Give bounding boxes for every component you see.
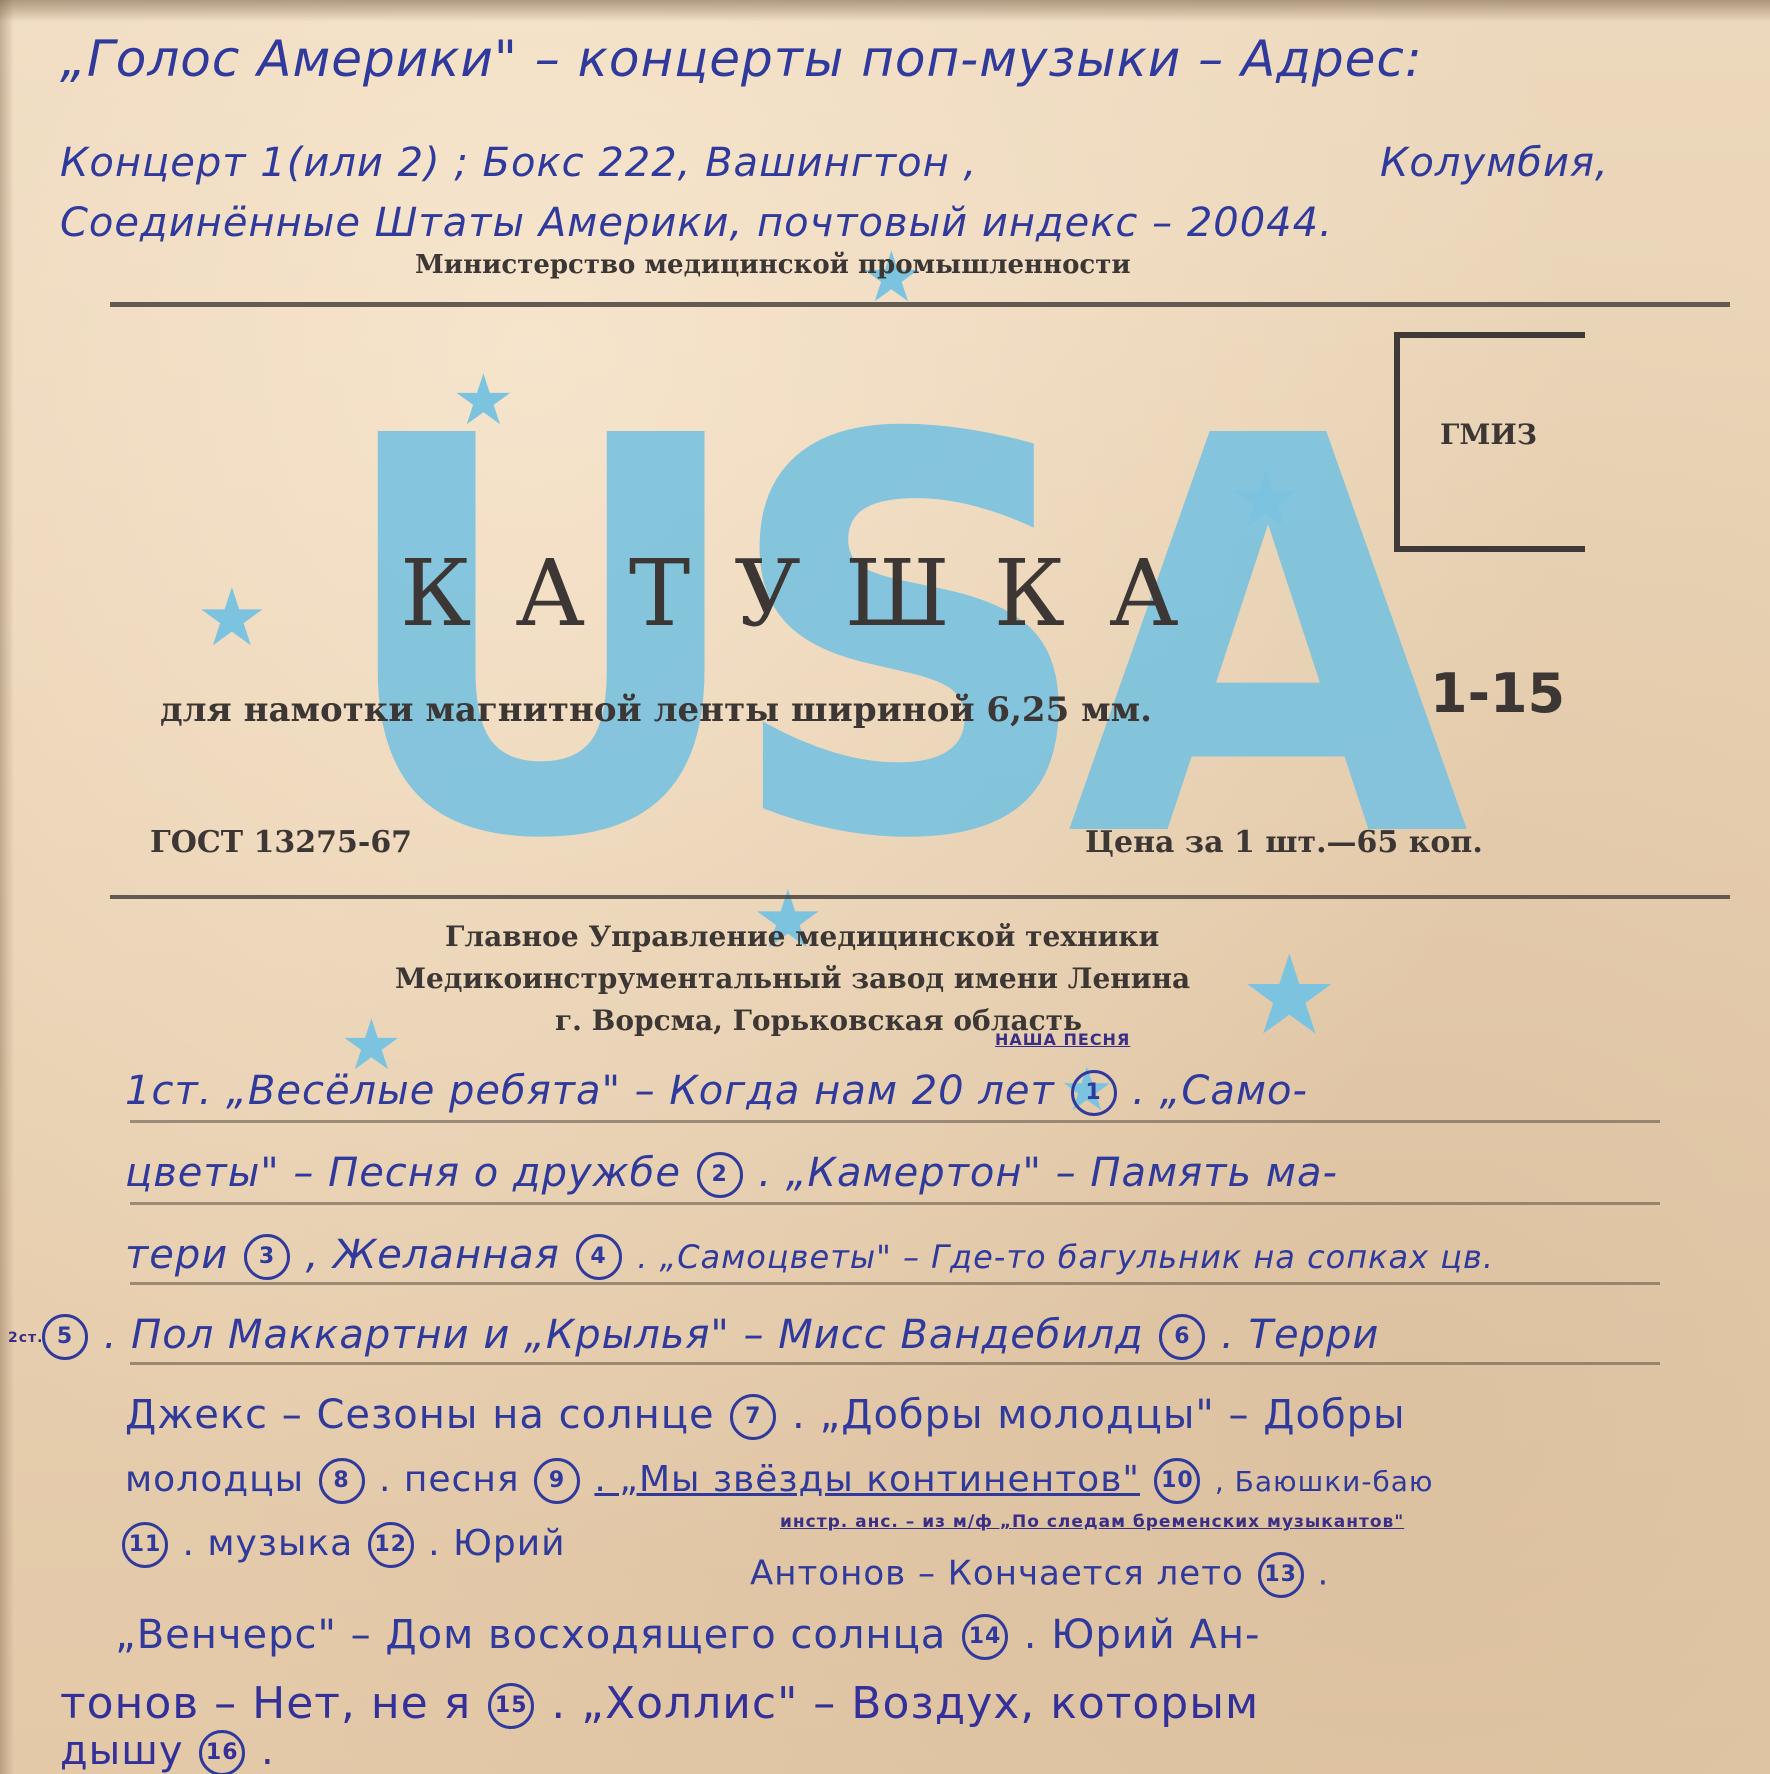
track-number-badge: 7 bbox=[730, 1394, 776, 1440]
track-text: тонов – Нет, не я bbox=[60, 1678, 471, 1729]
gost-code: ГОСТ 13275-67 bbox=[150, 825, 412, 860]
track-number-badge: 16 bbox=[199, 1730, 245, 1774]
track-text: Джекс – Сезоны на солнце bbox=[125, 1392, 715, 1438]
paper-edge-shadow bbox=[0, 0, 14, 1774]
tape-reel-box-label: USA ★ ★ ★ ★ ★ ★ ★ ★ „Голос Америки" – ко… bbox=[0, 0, 1770, 1774]
track-text: . Терри bbox=[1221, 1312, 1379, 1358]
tape-line bbox=[130, 1282, 1660, 1285]
track-line-5: Джекс – Сезоны на солнце 7 . „Добры моло… bbox=[125, 1392, 1406, 1440]
torn-edge bbox=[0, 0, 1770, 22]
top-divider bbox=[110, 302, 1730, 307]
star-icon: ★ bbox=[196, 578, 268, 658]
tape-line bbox=[130, 1202, 1660, 1205]
track-line-9: „Венчерс" – Дом восходящего солнца 14 . … bbox=[115, 1612, 1260, 1660]
track-number-badge: 12 bbox=[368, 1522, 414, 1568]
track-number-badge: 1 bbox=[1071, 1070, 1117, 1116]
track-number-badge: 4 bbox=[576, 1234, 622, 1280]
track-text: . Пол Маккартни и „Крылья" – Мисс Вандеб… bbox=[104, 1312, 1144, 1358]
track-text: . Юрий Ан- bbox=[1024, 1612, 1261, 1658]
track-line-10: тонов – Нет, не я 15 . „Холлис" – Воздух… bbox=[60, 1678, 1259, 1729]
track-number-badge: 5 bbox=[42, 1314, 88, 1360]
track-text: . музыка bbox=[182, 1523, 353, 1564]
header-line-1: „Голос Америки" – концерты поп-музыки – … bbox=[60, 30, 1423, 88]
track-text: . „Добры молодцы" – Добры bbox=[792, 1392, 1406, 1438]
track-text: , Баюшки-баю bbox=[1215, 1465, 1434, 1498]
track-text: тери bbox=[125, 1232, 228, 1278]
track-text: . „Камертон" – Память ма- bbox=[758, 1150, 1338, 1196]
track-text: „Венчерс" – Дом восходящего солнца bbox=[115, 1612, 946, 1658]
track-text: . bbox=[261, 1728, 275, 1774]
track-line-11: дышу 16 . bbox=[60, 1728, 275, 1774]
header-line-2-right: Колумбия, bbox=[1380, 140, 1609, 186]
ministry-text: Министерство медицинской промышленности bbox=[415, 250, 1131, 280]
side-2-label: 2ст. bbox=[8, 1330, 43, 1346]
track-text: . „Само- bbox=[1132, 1068, 1308, 1114]
track-number-badge: 8 bbox=[319, 1458, 365, 1504]
track-line-3: тери 3 , Желанная 4 . „Самоцветы" – Где-… bbox=[125, 1232, 1494, 1280]
header-line-2-left: Концерт 1(или 2) ; Бокс 222, Вашингтон , bbox=[60, 140, 977, 186]
track-text: цветы" – Песня о дружбе bbox=[125, 1150, 681, 1196]
header-line-3: Соединённые Штаты Америки, почтовый инде… bbox=[60, 200, 1333, 246]
track-line-4: 5 . Пол Маккартни и „Крылья" – Мисс Ванд… bbox=[40, 1312, 1379, 1360]
track-number-badge: 11 bbox=[122, 1522, 168, 1568]
track-number-badge: 10 bbox=[1154, 1458, 1200, 1504]
track-text: , Желанная bbox=[306, 1232, 560, 1278]
gmiz-text: ГМИЗ bbox=[1440, 418, 1537, 451]
track-text: . Юрий bbox=[428, 1523, 565, 1564]
maker-line-2: Медикоинструментальный завод имени Ленин… bbox=[395, 962, 1190, 995]
track-text: . песня bbox=[379, 1459, 520, 1500]
product-title: КАТУШКА bbox=[400, 540, 1223, 647]
track-line-1: 1ст. „Весёлые ребята" – Когда нам 20 лет… bbox=[125, 1068, 1308, 1116]
bottom-divider bbox=[110, 895, 1730, 899]
track-text: . „Холлис" – Воздух, которым bbox=[551, 1678, 1259, 1729]
track-text: дышу bbox=[60, 1728, 184, 1774]
maker-line-1: Главное Управление медицинской техники bbox=[445, 920, 1159, 953]
track-number-badge: 2 bbox=[697, 1152, 743, 1198]
price-text: Цена за 1 шт.—65 коп. bbox=[1085, 825, 1483, 860]
product-description: для намотки магнитной ленты шириной 6,25… bbox=[160, 690, 1152, 730]
track-text: . „Самоцветы" – Где-то багульник на сопк… bbox=[637, 1238, 1494, 1276]
track-number-badge: 9 bbox=[534, 1458, 580, 1504]
tape-line bbox=[130, 1362, 1660, 1365]
track-line-8: Антонов – Кончается лето 13 . bbox=[750, 1552, 1329, 1598]
track-number-badge: 6 bbox=[1159, 1314, 1205, 1360]
model-number: 1-15 bbox=[1430, 662, 1565, 725]
track-text: . bbox=[1317, 1554, 1329, 1594]
track-line-7: 11 . музыка 12 . Юрий bbox=[120, 1522, 566, 1568]
track-number-badge: 3 bbox=[244, 1234, 290, 1280]
track-text: молодцы bbox=[125, 1459, 304, 1500]
star-icon: ★ bbox=[1240, 940, 1339, 1050]
star-icon: ★ bbox=[452, 365, 515, 435]
track-text: . „Мы звёзды континентов" bbox=[594, 1459, 1140, 1500]
track-number-badge: 13 bbox=[1258, 1552, 1304, 1598]
annotation-instrumental: инстр. анс. – из м/ф „По следам бременск… bbox=[780, 1512, 1404, 1532]
tape-line bbox=[130, 1120, 1660, 1123]
track-text: 1ст. „Весёлые ребята" – Когда нам 20 лет bbox=[125, 1068, 1055, 1114]
annotation-nasha-pesnya: НАША ПЕСНЯ bbox=[995, 1030, 1130, 1049]
star-icon: ★ bbox=[1230, 460, 1302, 540]
track-number-badge: 15 bbox=[488, 1683, 534, 1729]
track-line-6: молодцы 8 . песня 9 . „Мы звёзды контине… bbox=[125, 1458, 1433, 1504]
track-text: Антонов – Кончается лето bbox=[750, 1554, 1244, 1594]
track-line-2: цветы" – Песня о дружбе 2 . „Камертон" –… bbox=[125, 1150, 1338, 1198]
track-number-badge: 14 bbox=[962, 1614, 1008, 1660]
